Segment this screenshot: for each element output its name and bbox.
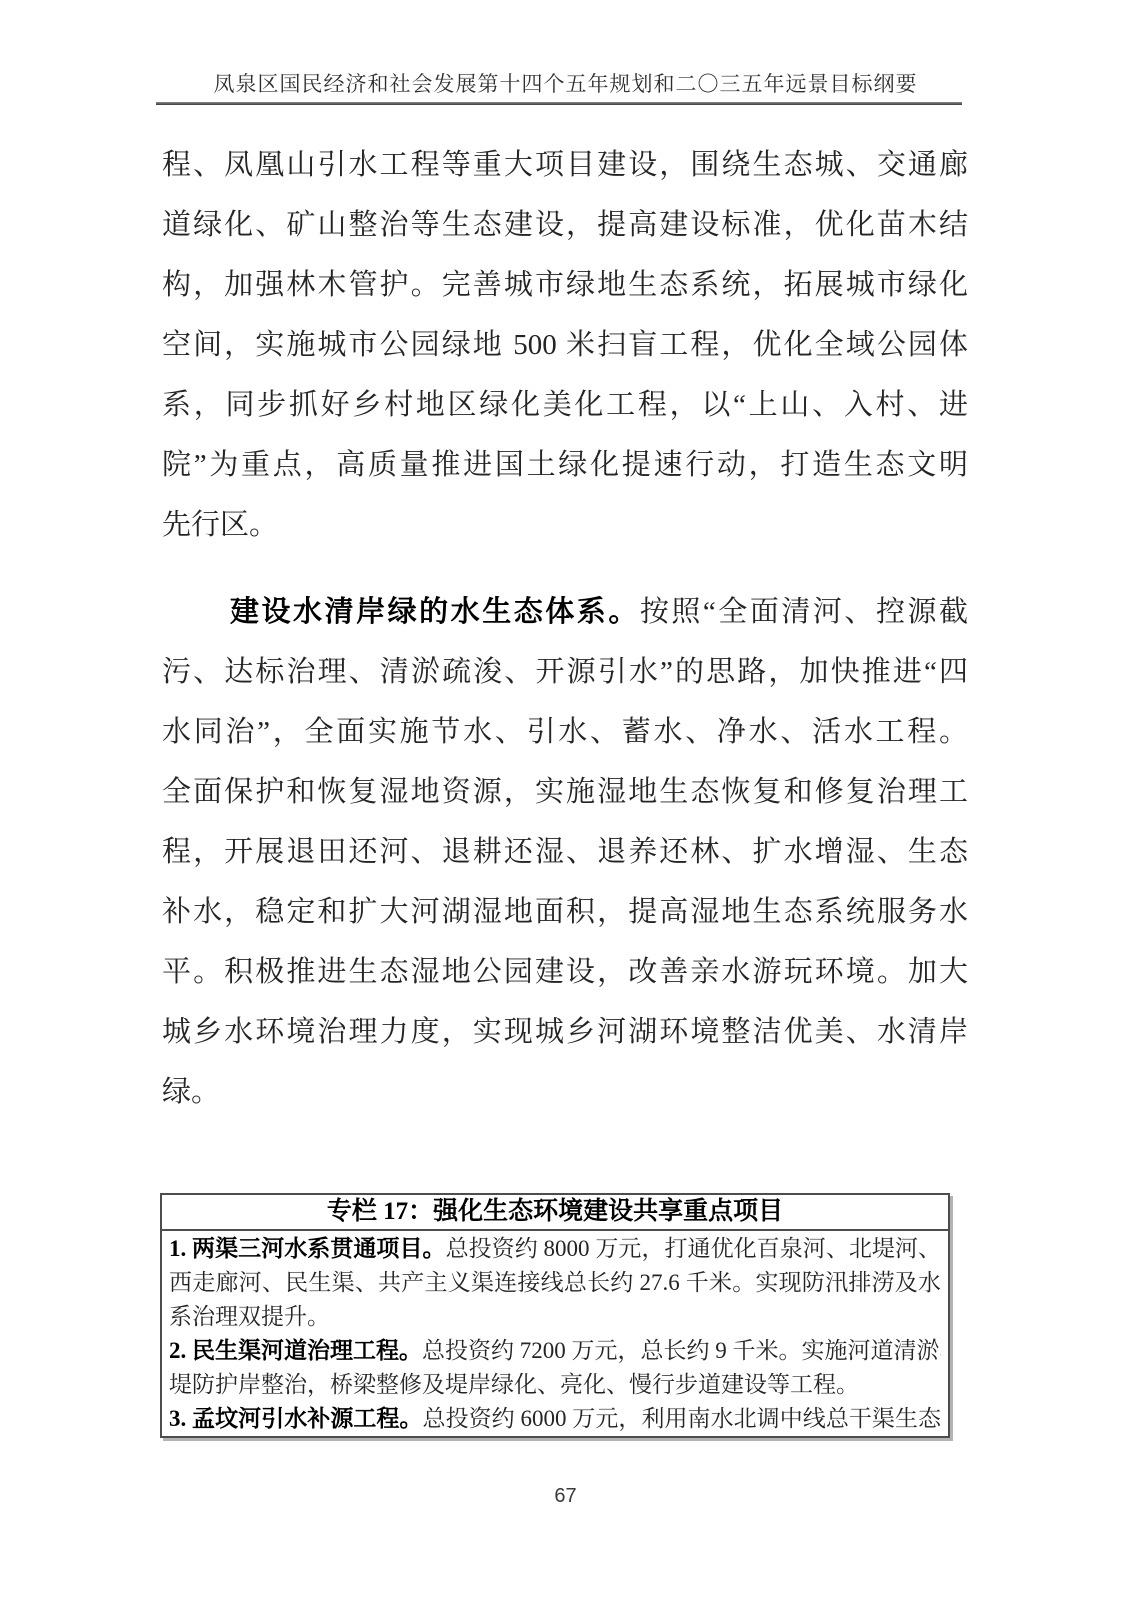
paragraph-lead-bold: 建设水清岸绿的水生态体系。 [230, 596, 640, 628]
text-line: 构，加强林木管护。完善城市绿地生态系统，拓展城市绿化 [162, 255, 968, 315]
text-line: 补水，稳定和扩大河湖湿地面积，提高湿地生态系统服务水 [162, 882, 968, 942]
callout-item-lead: 2. 民生渠河道治理工程。 [169, 1338, 422, 1363]
callout-box: 专栏 17：强化生态环境建设共享重点项目 1. 两渠三河水系贯通项目。总投资约 … [160, 1193, 950, 1438]
document-page: 凤泉区国民经济和社会发展第十四个五年规划和二〇三五年远景目标纲要 程、凤凰山引水… [0, 0, 1131, 1600]
text-run: 总投资约 7200 万元，总长约 9 千米。实施河道清淤、 [422, 1338, 941, 1363]
callout-item-line: 3. 孟坟河引水补源工程。总投资约 6000 万元，利用南水北调中线总干渠生态 [169, 1402, 941, 1436]
callout-item-line: 2. 民生渠河道治理工程。总投资约 7200 万元，总长约 9 千米。实施河道清… [169, 1334, 941, 1368]
callout-box-title: 专栏 17：强化生态环境建设共享重点项目 [162, 1195, 948, 1231]
text-line: 全面保护和恢复湿地资源，实施湿地生态恢复和修复治理工 [162, 762, 968, 822]
page-number: 67 [0, 1485, 1131, 1508]
text-line: 污、达标治理、清淤疏浚、开源引水”的思路，加快推进“四 [162, 642, 968, 702]
callout-item-line: 堤防护岸整治，桥梁整修及堤岸绿化、亮化、慢行步道建设等工程。 [169, 1368, 941, 1402]
text-line: 绿。 [162, 1062, 968, 1122]
callout-item-line: 1. 两渠三河水系贯通项目。总投资约 8000 万元，打通优化百泉河、北堤河、 [169, 1232, 941, 1266]
text-run: 总投资约 6000 万元，利用南水北调中线总干渠生态 [423, 1406, 941, 1431]
callout-item-line: 系治理双提升。 [169, 1300, 941, 1334]
callout-box-body: 1. 两渠三河水系贯通项目。总投资约 8000 万元，打通优化百泉河、北堤河、 … [162, 1231, 948, 1436]
text-line: 城乡水环境治理力度，实现城乡河湖环境整洁优美、水清岸 [162, 1002, 968, 1062]
text-line: 程，开展退田还河、退耕还湿、退养还林、扩水增湿、生态 [162, 822, 968, 882]
callout-item-lead: 3. 孟坟河引水补源工程。 [169, 1406, 423, 1431]
text-line: 程、凤凰山引水工程等重大项目建设，围绕生态城、交通廊 [162, 135, 968, 195]
callout-item-line: 西走廊河、民生渠、共产主义渠连接线总长约 27.6 千米。实现防汛排涝及水 [169, 1266, 941, 1300]
paragraph-water-ecology: 建设水清岸绿的水生态体系。按照“全面清河、控源截 污、达标治理、清淤疏浚、开源引… [162, 582, 968, 1122]
text-line: 建设水清岸绿的水生态体系。按照“全面清河、控源截 [162, 582, 968, 642]
text-run: 总投资约 8000 万元，打通优化百泉河、北堤河、 [446, 1236, 941, 1261]
header-rule [156, 102, 962, 105]
text-run: 按照“全面清河、控源截 [640, 596, 968, 628]
text-line: 平。积极推进生态湿地公园建设，改善亲水游玩环境。加大 [162, 942, 968, 1002]
paragraph-greening: 程、凤凰山引水工程等重大项目建设，围绕生态城、交通廊 道绿化、矿山整治等生态建设… [162, 135, 968, 555]
header-title: 凤泉区国民经济和社会发展第十四个五年规划和二〇三五年远景目标纲要 [0, 68, 1131, 98]
callout-item-lead: 1. 两渠三河水系贯通项目。 [169, 1236, 446, 1261]
text-line: 系，同步抓好乡村地区绿化美化工程，以“上山、入村、进 [162, 375, 968, 435]
text-line: 院”为重点，高质量推进国土绿化提速行动，打造生态文明 [162, 435, 968, 495]
text-line: 水同治”，全面实施节水、引水、蓄水、净水、活水工程。 [162, 702, 968, 762]
text-line: 空间，实施城市公园绿地 500 米扫盲工程，优化全域公园体 [162, 315, 968, 375]
text-line: 先行区。 [162, 495, 968, 555]
text-line: 道绿化、矿山整治等生态建设，提高建设标准，优化苗木结 [162, 195, 968, 255]
